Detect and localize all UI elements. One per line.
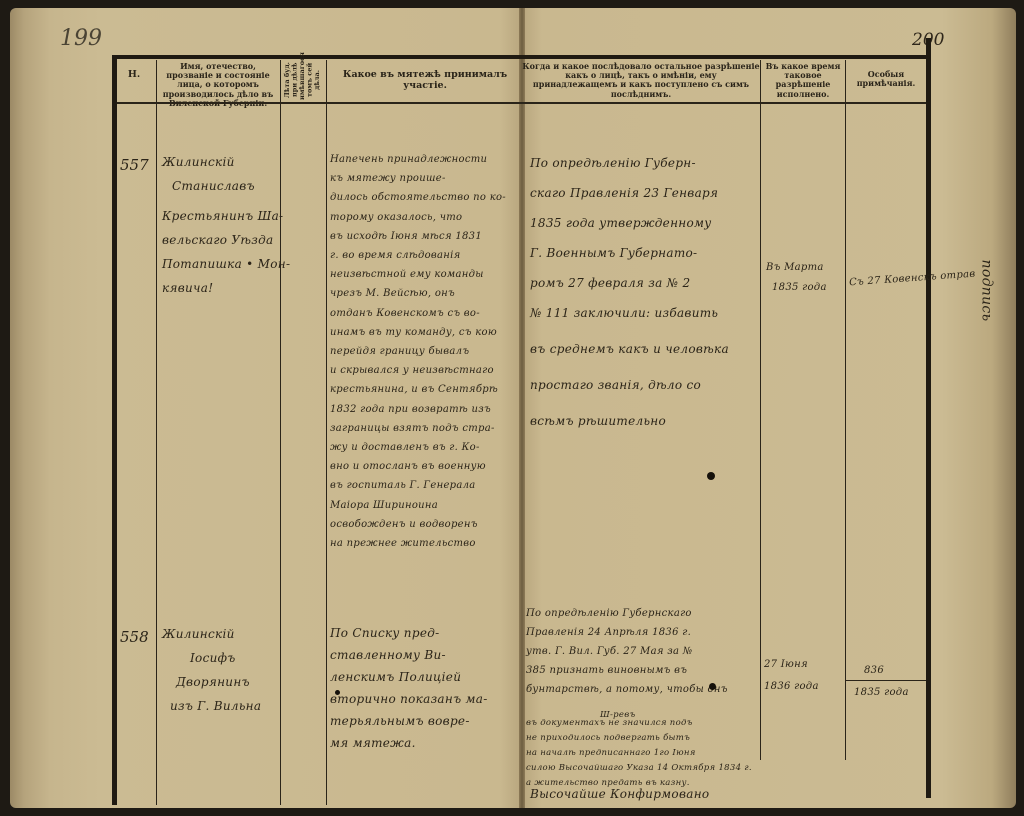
header-executed: Въ какое время таковое разрѣшеніе исполн… <box>762 62 844 99</box>
signature-flourish: подпись <box>977 260 994 322</box>
name-line: вельскаго Уѣзда <box>162 228 290 252</box>
text-line: Г. Военнымъ Губернато- <box>530 238 729 268</box>
text-line: дилось обстоятельство по ко- <box>330 188 506 207</box>
text-line: силою Высочайшаго Указа 14 Октября 1834 … <box>526 761 752 776</box>
text-line: всѣмъ рѣшительно <box>530 406 729 436</box>
header-no: Н. <box>114 70 154 81</box>
text-line: вторично показанъ ма- <box>330 688 488 710</box>
text-line: жу и доставленъ въ г. Ко- <box>330 438 506 457</box>
text-line: утв. Г. Вил. Губ. 27 Мая за № <box>526 642 728 661</box>
name-line: Потапишка • Мон- <box>162 252 290 276</box>
col-rule-notes <box>845 60 846 760</box>
text-line: По опредѣленію Губерн- <box>530 148 729 178</box>
text-line: отданъ Ковенскомъ съ во- <box>330 304 506 323</box>
text-line: 385 признать виновнымъ въ <box>526 661 728 680</box>
text-line: инамъ въ ту команду, съ кою <box>330 323 506 342</box>
ink-blot <box>335 690 340 695</box>
text-line: чрезъ М. Вейсѣю, онъ <box>330 284 506 303</box>
name-line: Крестьянинъ Ша- <box>162 204 290 228</box>
text-line: заграницы взятъ подъ стра- <box>330 419 506 438</box>
text-line: 1835 года <box>766 278 827 298</box>
entry-558-notes: 836 1835 года <box>854 660 909 704</box>
text-line: ставленному Ви- <box>330 644 488 666</box>
col-rule-participation <box>326 60 327 805</box>
entry-number-558: 558 <box>120 628 149 646</box>
name-line: Дворянинъ <box>162 670 261 694</box>
entry-558-resolution-small: въ документахъ не значился подъ не прихо… <box>526 716 752 791</box>
entry-number-557: 557 <box>120 156 149 174</box>
name-line: Жилинскій <box>162 622 261 646</box>
name-line: Іосифъ <box>162 646 261 670</box>
paper-hole <box>707 472 715 480</box>
name-line: изъ Г. Вильна <box>162 694 261 718</box>
entry-558-confirmation: Высочайше Конфирмовано <box>530 782 709 806</box>
text-line: Маіора Шириноина <box>330 496 506 515</box>
entry-557-executed: Въ Марта 1835 года <box>766 258 827 298</box>
text-line: 1835 года <box>854 682 909 704</box>
entry-557-resolution: По опредѣленію Губерн- скаго Правленія 2… <box>530 148 729 436</box>
entry-558-executed: 27 Іюня 1836 года <box>764 654 819 698</box>
text-line: мя мятежа. <box>330 732 488 754</box>
text-line: и скрывался у неизвѣстнаго <box>330 361 506 380</box>
name-line: Станиславъ <box>162 174 290 198</box>
text-line: въ среднемъ какъ и человѣка <box>530 334 729 364</box>
text-line: По Списку пред- <box>330 622 488 644</box>
text-line: 836 <box>854 660 909 682</box>
name-line: кявича! <box>162 276 290 300</box>
ledger-scan: 199 200 Н. Имя, отечество, прозваніе и с… <box>0 0 1024 816</box>
entry-558-name: Жилинскій Іосифъ Дворянинъ изъ Г. Вильна <box>162 622 261 718</box>
header-name: Имя, отечество, прозваніе и состояніе ли… <box>158 62 278 108</box>
text-line: ленскимъ Полиціей <box>330 666 488 688</box>
entry-557-participation: Напечень принадлежности къ мятежу проише… <box>330 150 506 553</box>
text-line: не приходилось подвергать бытъ <box>526 731 752 746</box>
text-line: въ документахъ не значился подъ <box>526 716 752 731</box>
text-line: Въ Марта <box>766 258 827 278</box>
text-line: крестьянина, и въ Сентябрѣ <box>330 380 506 399</box>
text-line: терьяльнымъ вовре- <box>330 710 488 732</box>
entry-558-participation: По Списку пред- ставленному Ви- ленскимъ… <box>330 622 488 754</box>
col-rule-executed <box>760 60 761 760</box>
text-line: вно и отосланъ въ военную <box>330 457 506 476</box>
text-line: По опредѣленію Губернскаго <box>526 604 728 623</box>
paper-hole <box>709 683 716 690</box>
header-notes: Особыя примѣчанія. <box>847 70 925 88</box>
entry-557-name: Жилинскій Станиславъ Крестьянинъ Ша- вел… <box>162 150 290 300</box>
table-top-rule <box>112 55 930 59</box>
right-border-rule <box>926 38 931 798</box>
text-line: торому оказалось, что <box>330 208 506 227</box>
text-line: ромъ 27 февраля за № 2 <box>530 268 729 298</box>
page-number-left: 199 <box>60 26 102 51</box>
text-line: г. во время слѣдованія <box>330 246 506 265</box>
entry-558-resolution: По опредѣленію Губернскаго Правленія 24 … <box>526 604 728 699</box>
text-line: освобожденъ и водворенъ <box>330 515 506 534</box>
text-line: скаго Правленія 23 Генваря <box>530 178 729 208</box>
header-resolution: Когда и какое послѣдовало остальное разр… <box>522 62 760 99</box>
text-line: на началѣ предписаннаго 1го Іюня <box>526 746 752 761</box>
text-line: Правленія 24 Апрѣля 1836 г. <box>526 623 728 642</box>
text-line: бунтарствѣ, а потому, чтобы онъ <box>526 680 728 699</box>
text-line: къ мятежу проише- <box>330 169 506 188</box>
left-border-rule <box>112 55 117 805</box>
text-line: Напечень принадлежности <box>330 150 506 169</box>
book-gutter <box>519 8 525 808</box>
text-line: 1836 года <box>764 676 819 698</box>
text-line: № 111 заключили: избавить <box>530 298 729 328</box>
header-participation: Какое въ мятежѣ принималъ участіе. <box>330 70 520 92</box>
text-line: 1835 года утвержденному <box>530 208 729 238</box>
resolution-insertion: Ш-ревъ <box>600 708 635 723</box>
text-line: 1832 года при возвратѣ изъ <box>330 400 506 419</box>
text-line: въ исходѣ Іюня мѣся 1831 <box>330 227 506 246</box>
name-line: Жилинскій <box>162 150 290 174</box>
text-line: на прежнее жительство <box>330 534 506 553</box>
header-age: Лѣта буд. при дѣлѣ имѣвшагося томъ сей д… <box>284 60 324 100</box>
text-line: въ госпиталь Г. Генерала <box>330 476 506 495</box>
text-line: неизвѣстной ему команды <box>330 265 506 284</box>
text-line: 27 Іюня <box>764 654 819 676</box>
text-line: перейдя границу бывалъ <box>330 342 506 361</box>
col-rule-name <box>156 60 157 805</box>
text-line: простаго званія, дѣло со <box>530 370 729 400</box>
